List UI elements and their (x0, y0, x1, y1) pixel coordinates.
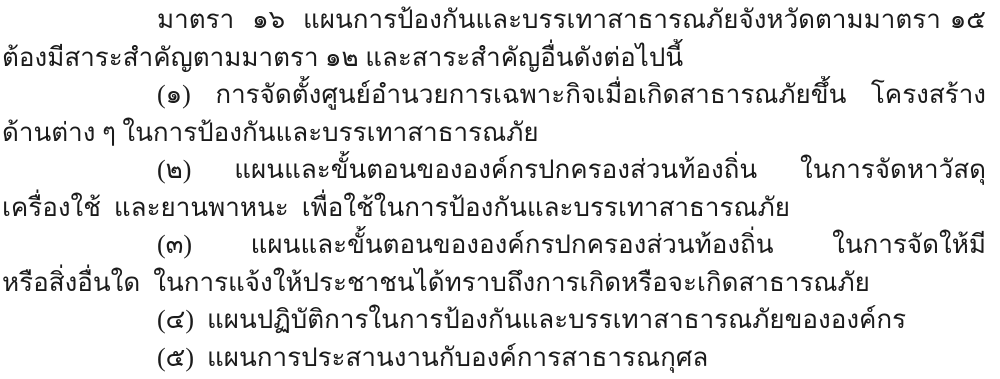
text-line: (๓) แผนและขั้นตอนขององค์กรปกครองส่วนท้อง… (2, 226, 986, 264)
section-16-text: มาตรา ๑๖ แผนการป้องกันและบรรเทาสาธารณภัย… (0, 0, 1000, 376)
text-line: (๔) แผนปฏิบัติการในการป้องกันและบรรเทาสา… (2, 301, 986, 339)
text-line: หรือสิ่งอื่นใด ในการแจ้งให้ประชาชนได้ทรา… (2, 264, 986, 302)
text-line: (๒) แผนและขั้นตอนขององค์กรปกครองส่วนท้อง… (2, 151, 986, 189)
text-line: ต้องมีสาระสำคัญตามมาตรา ๑๒ และสาระสำคัญอ… (2, 39, 986, 77)
text-line: มาตรา ๑๖ แผนการป้องกันและบรรเทาสาธารณภัย… (2, 1, 986, 39)
text-line: (๕) แผนการประสานงานกับองค์การสาธารณกุศล (2, 339, 986, 377)
text-line: เครื่องใช้ และยานพาหนะ เพื่อใช้ในการป้อง… (2, 189, 986, 227)
text-line: (๑) การจัดตั้งศูนย์อำนวยการเฉพาะกิจเมื่อ… (2, 76, 986, 114)
document-page: มาตรา ๑๖ แผนการป้องกันและบรรเทาสาธารณภัย… (0, 0, 1000, 379)
text-line: ด้านต่าง ๆ ในการป้องกันและบรรเทาสาธารณภั… (2, 114, 986, 152)
